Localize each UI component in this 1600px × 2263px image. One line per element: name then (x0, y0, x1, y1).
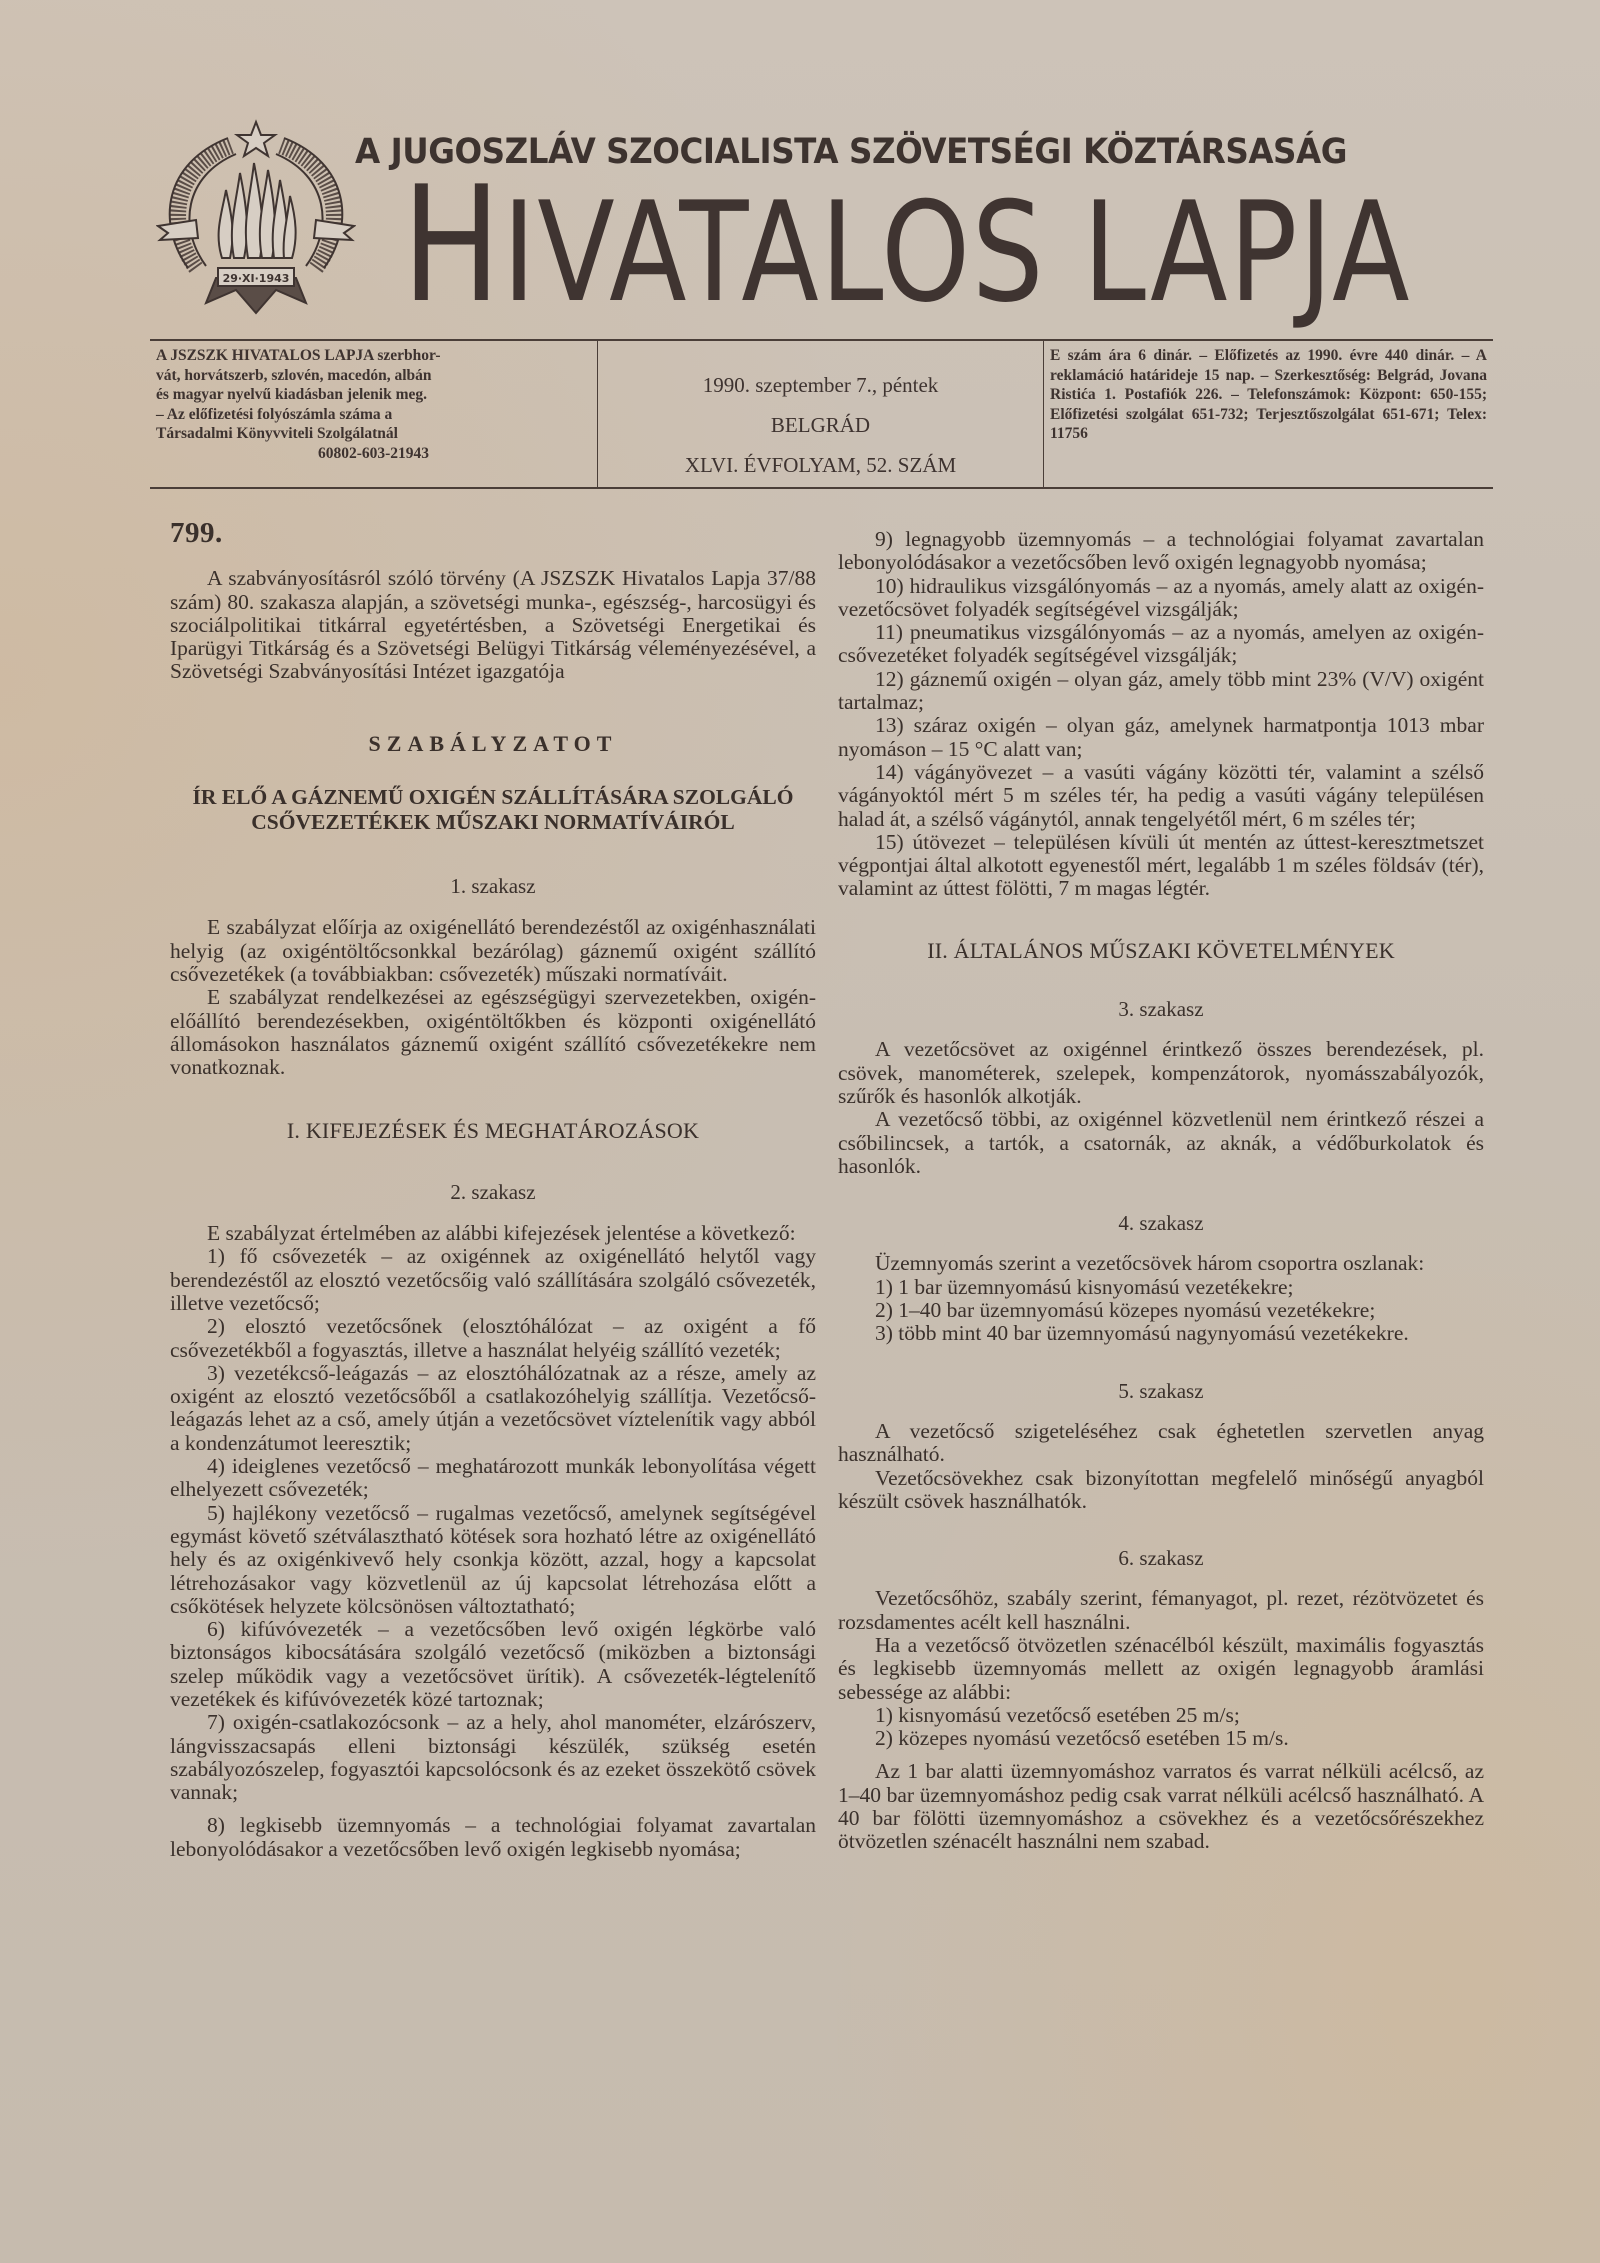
left-column: 799. A szabványosításról szóló törvény (… (170, 510, 816, 1861)
definition-item: 14) vágányövezet – a vasúti vágány közöt… (838, 761, 1484, 831)
definition-item: 5) hajlékony vezetőcső – rugalmas vezető… (170, 1502, 816, 1618)
section-heading-5: 5. szakasz (838, 1380, 1484, 1403)
section-heading-6: 6. szakasz (838, 1547, 1484, 1570)
issue-date: 1990. szeptember 7., péntek (604, 371, 1037, 400)
list-item: 2) 1–40 bar üzemnyomású közepes nyomású … (838, 1299, 1484, 1322)
definition-item: 12) gáznemű oxigén – olyan gáz, amely tö… (838, 668, 1484, 715)
definition-item: 15) útövezet – településen kívüli út men… (838, 831, 1484, 901)
list-item: 1) kisnyomású vezetőcső esetében 25 m/s; (838, 1704, 1484, 1727)
svg-text:29·XI·1943: 29·XI·1943 (223, 272, 290, 285)
paragraph: Vezetőcsövekhez csak bizonyítottan megfe… (838, 1467, 1484, 1514)
paragraph: A vezetőcsövet az oxigénnel érintkező ös… (838, 1038, 1484, 1108)
list-item: 3) több mint 40 bar üzemnyomású nagynyom… (838, 1322, 1484, 1345)
masthead: 29·XI·1943 A JUGOSZLÁV SZOCIALISTA SZÖVE… (150, 118, 1480, 323)
edition-info: A JSZSZK HIVATALOS LAPJA szerbhor- vát, … (150, 341, 598, 487)
edition-info-line: Társadalmi Könyvviteli Szolgálatnál (156, 424, 591, 444)
section-heading-2: 2. szakasz (170, 1181, 816, 1204)
account-number: 60802-603-21943 (156, 444, 591, 464)
masthead-subtitle: A JUGOSZLÁV SZOCIALISTA SZÖVETSÉGI KÖZTÁ… (355, 132, 1406, 172)
paragraph: E szabályzat értelmében az alábbi kifeje… (170, 1222, 816, 1245)
edition-info-line: A JSZSZK HIVATALOS LAPJA szerbhor- (156, 346, 591, 366)
chapter-heading-1: I. KIFEJEZÉSEK ÉS MEGHATÁROZÁSOK (170, 1119, 816, 1142)
paragraph: Az 1 bar alatti üzemnyomáshoz varratos é… (838, 1760, 1484, 1853)
paragraph: Üzemnyomás szerint a vezetőcsövek három … (838, 1252, 1484, 1275)
chapter-heading-2: II. ÁLTALÁNOS MŰSZAKI KÖVETELMÉNYEK (838, 939, 1484, 962)
paragraph: Ha a vezetőcső ötvözetlen szénacélból ké… (838, 1634, 1484, 1704)
definition-item: 10) hidraulikus vizsgálónyomás – az a ny… (838, 575, 1484, 622)
price-contact-info: E szám ára 6 dinár. – Előfizetés az 1990… (1044, 341, 1493, 487)
publication-info-band: A JSZSZK HIVATALOS LAPJA szerbhor- vát, … (150, 339, 1493, 489)
definition-item: 4) ideiglenes vezetőcső – meghatározott … (170, 1455, 816, 1502)
list-item: 2) közepes nyomású vezetőcső esetében 15… (838, 1727, 1484, 1750)
masthead-title: HIVATALOS LAPJA (402, 170, 1411, 328)
issue-city: BELGRÁD (604, 411, 1037, 440)
definition-item: 9) legnagyobb üzemnyomás – a technológia… (838, 528, 1484, 575)
definition-item: 13) száraz oxigén – olyan gáz, amelynek … (838, 714, 1484, 761)
definition-item: 11) pneumatikus vizsgálónyomás – az a ny… (838, 621, 1484, 668)
edition-info-line: vát, horvátszerb, szlovén, macedón, albá… (156, 366, 591, 386)
issue-number: XLVI. ÉVFOLYAM, 52. SZÁM (604, 451, 1037, 480)
section-heading-4: 4. szakasz (838, 1212, 1484, 1235)
definition-item: 8) legkisebb üzemnyomás – a technológiai… (170, 1814, 816, 1861)
paragraph: E szabályzat rendelkezései az egészségüg… (170, 986, 816, 1079)
edition-info-line: és magyar nyelvű kiadásban jelenik meg. (156, 385, 591, 405)
section-heading-1: 1. szakasz (170, 875, 816, 898)
document-type-title: SZABÁLYZATOT (170, 732, 816, 755)
definition-item: 7) oxigén-csatlakozócsonk – az a hely, a… (170, 1711, 816, 1804)
masthead-title-rest: IVATALOS LAPJA (502, 172, 1411, 333)
definition-item: 1) fő csővezeték – az oxigénnek az oxigé… (170, 1245, 816, 1315)
document-subject-title: ÍR ELŐ A GÁZNEMŰ OXIGÉN SZÁLLÍTÁSÁRA SZO… (170, 785, 816, 835)
definition-item: 3) vezetékcső-leágazás – az elosztóhálóz… (170, 1362, 816, 1455)
paragraph: Vezetőcsőhöz, szabály szerint, fémanyago… (838, 1587, 1484, 1634)
gazette-page: 29·XI·1943 A JUGOSZLÁV SZOCIALISTA SZÖVE… (0, 0, 1600, 2263)
issue-info: 1990. szeptember 7., péntek BELGRÁD XLVI… (598, 341, 1044, 487)
masthead-title-initial: H (402, 151, 502, 338)
coat-of-arms-icon: 29·XI·1943 (156, 118, 356, 318)
paragraph: A vezetőcső szigeteléséhez csak éghetetl… (838, 1420, 1484, 1467)
paragraph: A vezetőcső többi, az oxigénnel közvetle… (838, 1108, 1484, 1178)
definition-item: 6) kifúvóvezeték – a vezetőcsőben levő o… (170, 1618, 816, 1711)
definition-item: 2) elosztó vezetőcsőnek (elosztóhálózat … (170, 1315, 816, 1362)
preamble: A szabványosításról szóló törvény (A JSZ… (170, 567, 816, 683)
list-item: 1) 1 bar üzemnyomású kisnyomású vezetéke… (838, 1276, 1484, 1299)
section-heading-3: 3. szakasz (838, 998, 1484, 1021)
right-column: 9) legnagyobb üzemnyomás – a technológia… (838, 528, 1484, 1854)
paragraph: E szabályzat előírja az oxigénellátó ber… (170, 916, 816, 986)
document-number: 799. (170, 522, 816, 545)
edition-info-line: – Az előfizetési folyószámla száma a (156, 405, 591, 425)
